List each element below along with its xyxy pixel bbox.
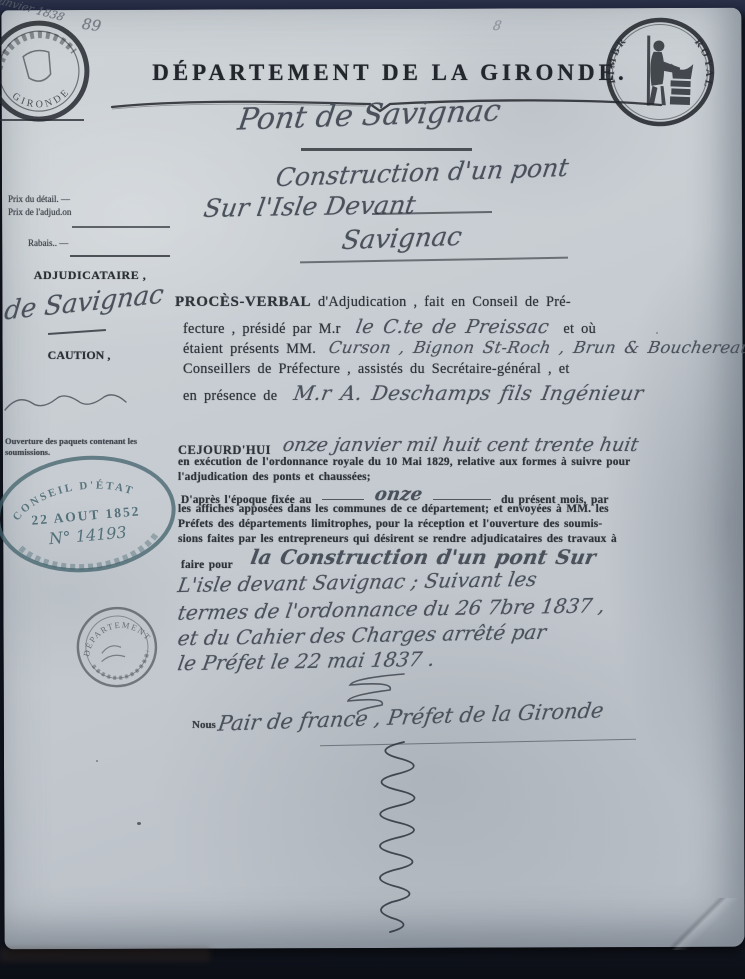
ink-speck	[137, 822, 141, 825]
subject-line-2: Sur l'Isle Devant	[202, 190, 418, 223]
pv-line-5: en présence de M.r A. Deschamps fils Ing…	[183, 381, 644, 405]
cj-line-2: en exécution de l'ordonnance royale du 1…	[178, 456, 630, 468]
label-caution: CAUTION ,	[24, 348, 134, 363]
left-edge-rule	[0, 119, 84, 121]
president-name-handwritten: le C.te de Preissac	[354, 316, 551, 338]
pv-line-1-rest: d'Adjudication , fait en Conseil de Pré-	[318, 294, 571, 310]
pv-line-1: PROCÈS-VERBAL d'Adjudication , fait en C…	[175, 294, 571, 311]
pv-line-5a: en présence de	[183, 388, 277, 404]
leader-line	[322, 499, 364, 501]
pv-line-4: Conseillers de Préfecture , assistés du …	[183, 361, 570, 378]
small-stamp-center-scribble	[99, 644, 125, 662]
rabais-rule	[70, 255, 170, 257]
pv-line-3a: étaient présents MM.	[183, 341, 316, 357]
pv-line-2a: fecture , présidé par M.r	[183, 321, 341, 337]
pv-line-2b: et où	[563, 321, 596, 337]
cj-line-5: les affiches apposées dans les communes …	[178, 503, 609, 515]
photo-frame: Janvier 1838 89 8 GIRONDE T	[0, 0, 745, 979]
cj-line-7: sions faites par les entrepreneurs qui d…	[178, 533, 617, 545]
timbre-word-right: ROYAL	[690, 37, 715, 91]
ink-speck	[656, 332, 658, 334]
works-object-handwritten-1: la Construction d'un pont Sur	[249, 545, 598, 569]
margin-flourish	[2, 390, 132, 420]
date-handwritten: onze janvier mil huit cent trente huit	[281, 434, 640, 456]
title-underline-rule	[301, 148, 472, 151]
label-prix-detail: Prix du détail. —	[8, 194, 70, 204]
subject-line-3: Savignac	[340, 222, 464, 256]
stamp-outer-ring	[71, 601, 164, 694]
pv-heading: PROCÈS-VERBAL	[175, 294, 311, 310]
closure-zigzag-squiggle	[352, 740, 442, 940]
day-handwritten: onze	[373, 484, 424, 505]
department-small-round-stamp: DÉPARTEMENT	[61, 591, 174, 704]
conseil-etat-oval-stamp: CONSEIL D'ÉTAT 22 AOUT 1852 N° 14193	[0, 438, 192, 595]
pv-line-3: étaient présents MM. Curson , Bignon St-…	[183, 338, 745, 358]
bottom-edge-tint	[0, 948, 210, 962]
stamp-shield	[23, 49, 54, 84]
pv-line-2: fecture , présidé par M.r le C.te de Pre…	[183, 316, 596, 338]
cj-line-3: l'adjudication des ponts et chaussées;	[178, 471, 371, 483]
cejourdhui-label: CEJOURD'HUI	[178, 443, 271, 457]
leader-line	[433, 499, 491, 501]
ink-speck	[96, 760, 98, 762]
cj-line-6: Préfets des départements limitrophes, po…	[178, 518, 602, 530]
prix-rule	[72, 226, 170, 228]
councillors-names-handwritten: Curson , Bignon St-Roch , Brun & Boucher…	[327, 338, 745, 357]
cj-line-8a: faire pour	[181, 559, 233, 571]
corner-fold	[655, 898, 740, 950]
label-rabais: Rabais.. —	[28, 238, 68, 248]
oval-stamp-number: N° 14193	[47, 523, 127, 549]
svg-text:ROYAL: ROYAL	[690, 37, 715, 91]
nous-label: Nous	[192, 719, 216, 731]
page-title: DÉPARTEMENT DE LA GIRONDE.	[110, 60, 670, 86]
label-prix-adjudication: Prix de l'adjud.on	[8, 207, 71, 217]
engineer-name-handwritten: M.r A. Deschamps fils Ingénieur	[292, 381, 646, 405]
